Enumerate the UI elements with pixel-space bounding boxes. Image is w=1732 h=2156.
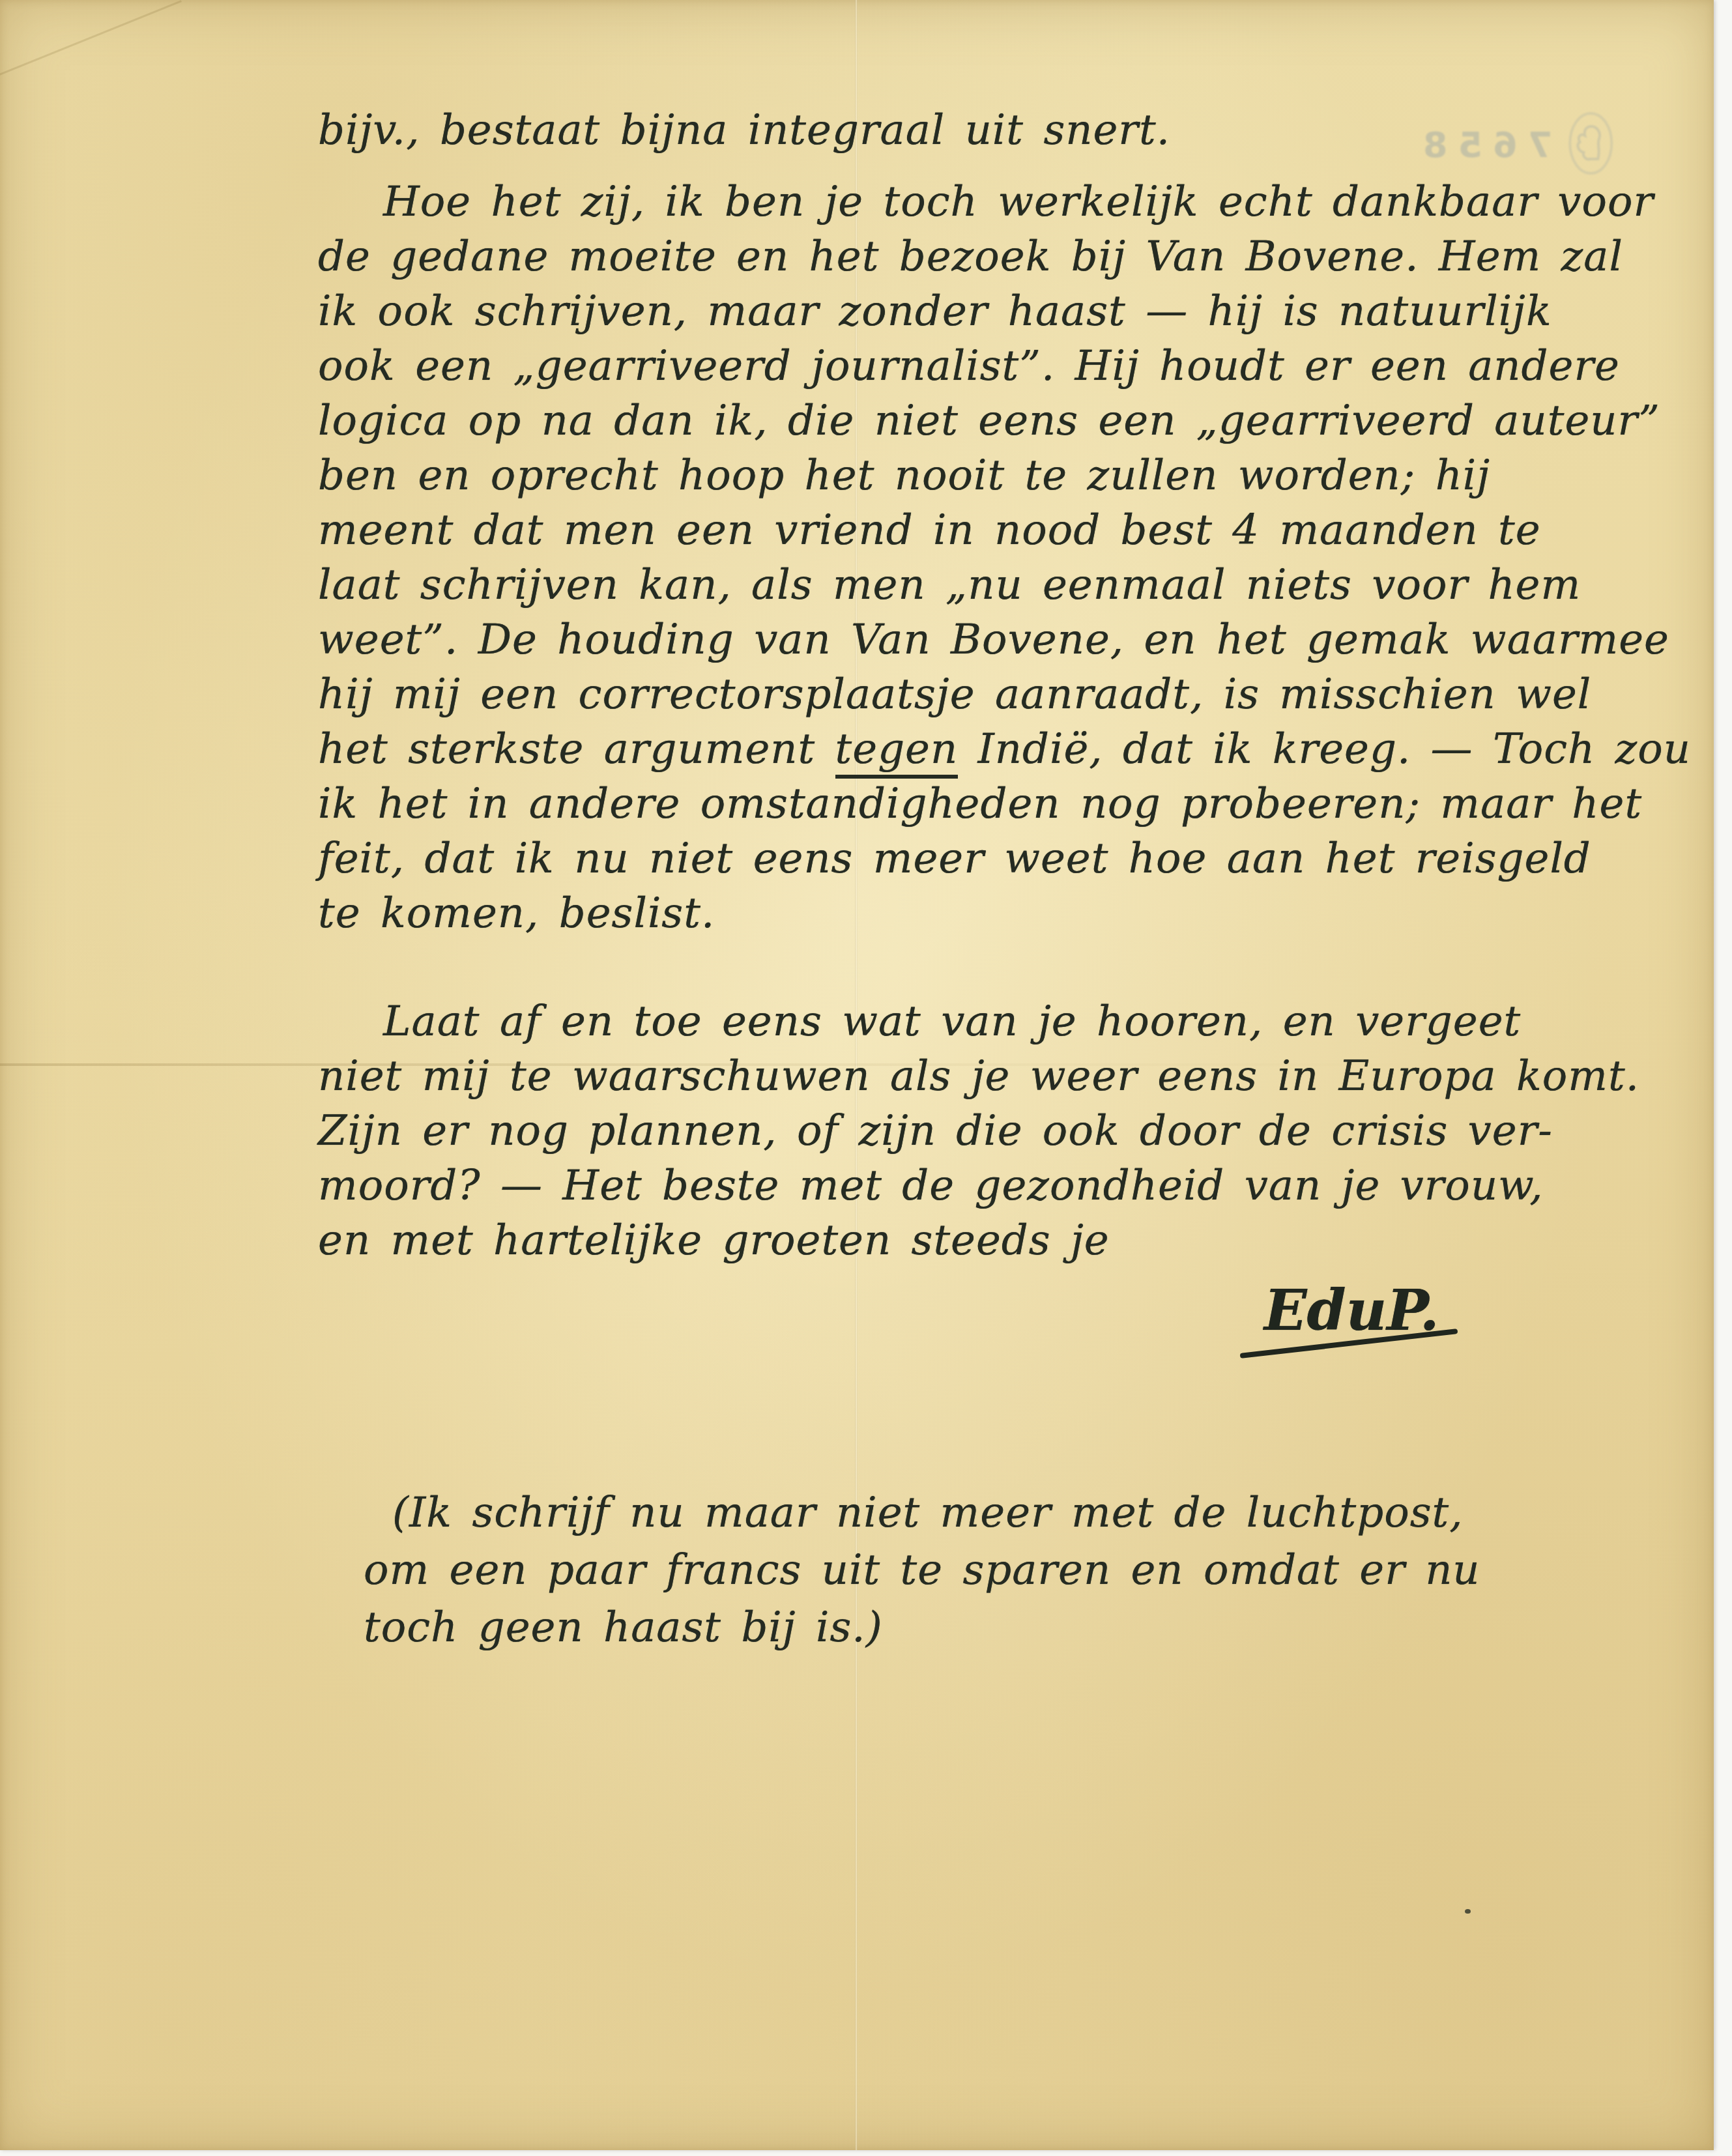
letter-line: weet”. De houding van Van Bovene, en het… <box>318 612 1706 667</box>
letter-line: moord? — Het beste met de gezondheid van… <box>318 1158 1706 1213</box>
postscript: (Ik schrijf nu maar niet meer met de luc… <box>364 1484 1706 1656</box>
ink-speck <box>1465 1909 1471 1914</box>
letter-line: het sterkste argument tegen Indië, dat i… <box>318 722 1706 777</box>
signature-edup: EduP. <box>1264 1278 1590 1357</box>
letter-line: ben en oprecht hoop het nooit te zullen … <box>318 448 1706 503</box>
letter-line: ik het in andere omstandigheden nog prob… <box>318 777 1706 831</box>
scanned-letter-canvas: 7658 bijv., bestaat bijna integraal uit … <box>0 0 1732 2156</box>
corner-crease <box>0 0 182 80</box>
letter-line: om een paar francs uit te sparen en omda… <box>364 1542 1706 1599</box>
letter-line: (Ik schrijf nu maar niet meer met de luc… <box>364 1484 1706 1542</box>
letter-line: Zijn er nog plannen, of zijn die ook doo… <box>318 1104 1706 1158</box>
letter-line: laat schrijven kan, als men „nu eenmaal … <box>318 558 1706 612</box>
letter-line: feit, dat ik nu niet eens meer weet hoe … <box>318 831 1706 886</box>
paragraph-2: Laat af en toe eens wat van je hooren, e… <box>318 994 1706 1268</box>
line-fragment: Indië, dat ik kreeg. — Toch zou <box>958 725 1691 773</box>
paragraph-opening-fragment: bijv., bestaat bijna integraal uit snert… <box>318 0 1706 158</box>
letter-page: 7658 bijv., bestaat bijna integraal uit … <box>0 0 1714 2150</box>
letter-line: toch geen haast bij is.) <box>364 1599 1706 1656</box>
letter-line: Laat af en toe eens wat van je hooren, e… <box>318 994 1706 1049</box>
letter-line: niet mij te waarschuwen als je weer eens… <box>318 1049 1706 1104</box>
letter-line: de gedane moeite en het bezoek bij Van B… <box>318 229 1706 284</box>
letter-line: hij mij een correctorsplaatsje aanraadt,… <box>318 667 1706 722</box>
underlined-word: tegen <box>835 725 959 779</box>
letter-line: bijv., bestaat bijna integraal uit snert… <box>318 103 1706 158</box>
letter-line: Hoe het zij, ik ben je toch werkelijk ec… <box>318 175 1706 229</box>
letter-line: meent dat men een vriend in nood best 4 … <box>318 503 1706 558</box>
letter-line: ik ook schrijven, maar zonder haast — hi… <box>318 284 1706 339</box>
letter-line: en met hartelijke groeten steeds je <box>318 1213 1706 1268</box>
line-fragment: het sterkste argument <box>318 725 835 773</box>
paragraph-1: Hoe het zij, ik ben je toch werkelijk ec… <box>318 175 1706 941</box>
letter-line: logica op na dan ik, die niet eens een „… <box>318 394 1706 448</box>
letter-line: te komen, beslist. <box>318 886 1706 941</box>
letter-line: ook een „gearriveerd journalist”. Hij ho… <box>318 339 1706 394</box>
letter-body: bijv., bestaat bijna integraal uit snert… <box>318 0 1706 1656</box>
